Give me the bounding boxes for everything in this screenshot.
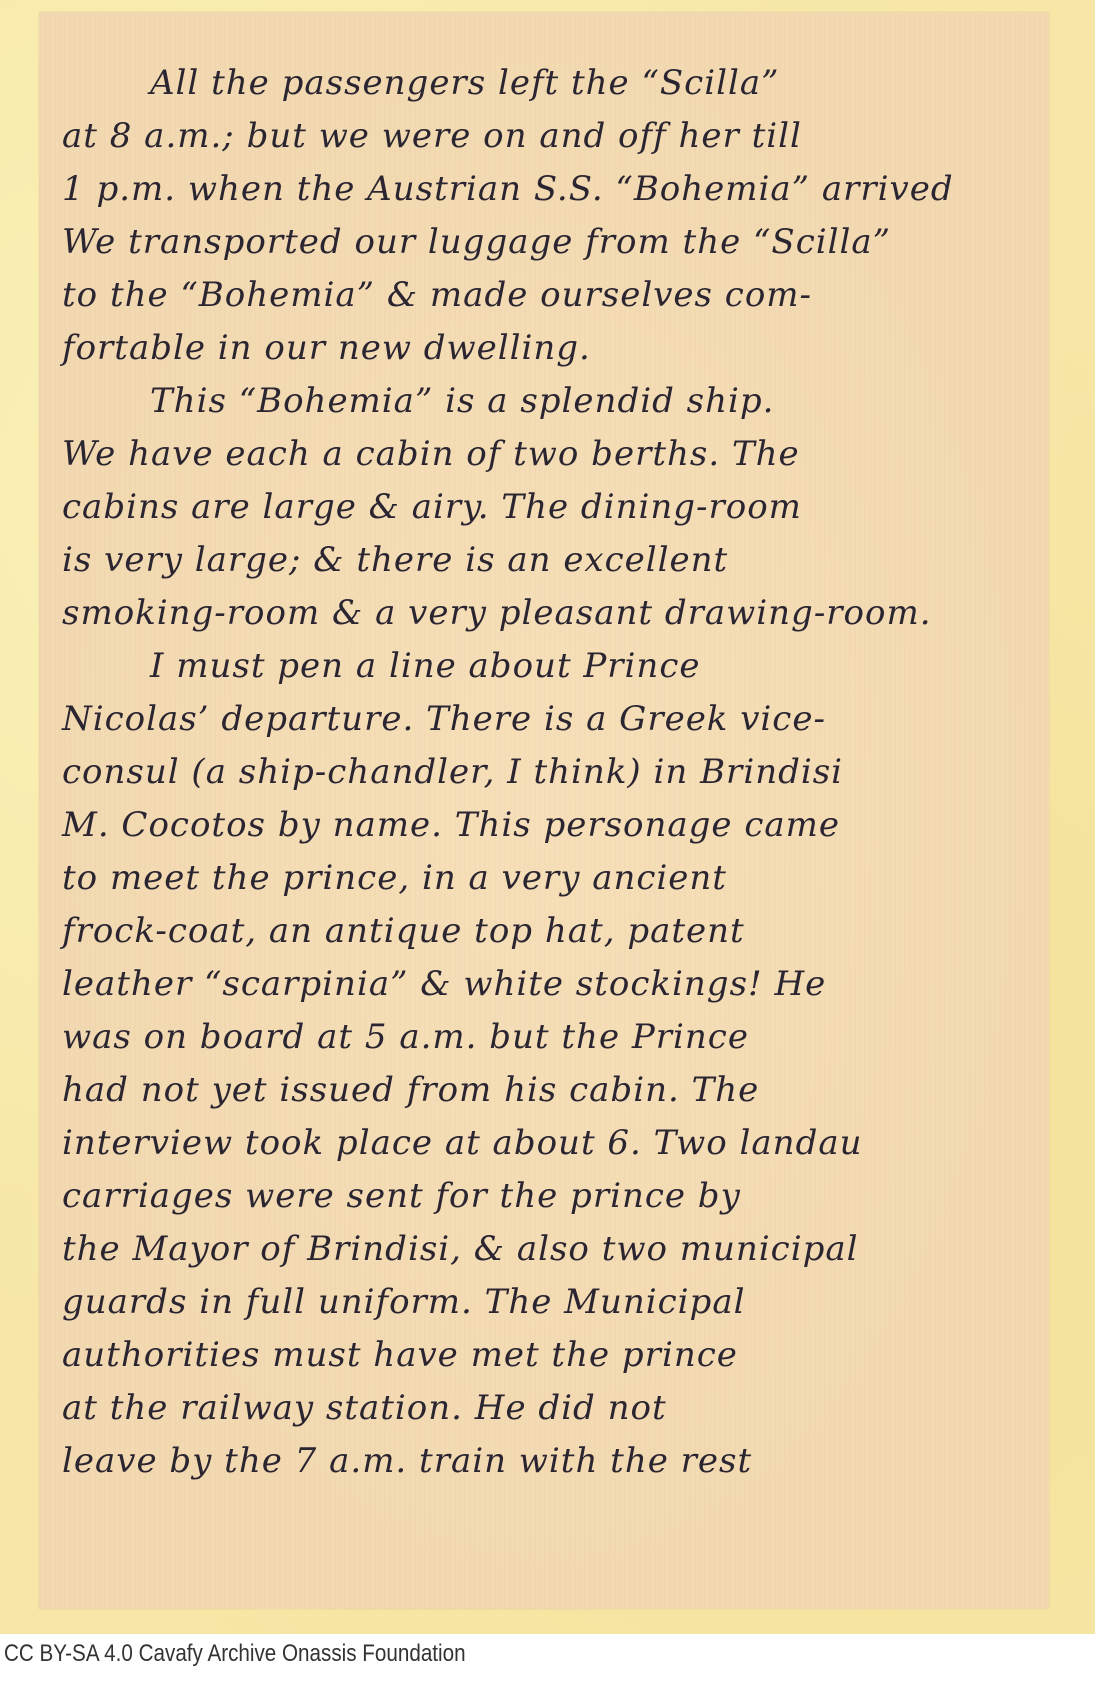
letter-line: M. Cocotos by name. This personage came [62,808,840,842]
letter-line: leave by the 7 a.m. train with the rest [62,1444,752,1478]
letter-line: Nicolas’ departure. There is a Greek vic… [62,702,826,736]
letter-line: I must pen a line about Prince [150,649,700,683]
letter-line: interview took place at about 6. Two lan… [62,1126,863,1160]
letter-line: had not yet issued from his cabin. The [62,1073,759,1107]
letter-line: to the “Bohemia” & made ourselves com- [62,278,812,312]
letter-line: guards in full uniform. The Municipal [62,1285,745,1319]
letter-line: All the passengers left the “Scilla” [150,66,779,100]
letter-line: fortable in our new dwelling. [62,331,591,365]
letter-line: frock-coat, an antique top hat, patent [62,914,745,948]
letter-line: 1 p.m. when the Austrian S.S. “Bohemia” … [62,172,954,206]
letter-line: the Mayor of Brindisi, & also two munici… [62,1232,858,1266]
letter-line: was on board at 5 a.m. but the Prince [62,1020,749,1054]
letter-line: carriages were sent for the prince by [62,1179,741,1213]
letter-line: at 8 a.m.; but we were on and off her ti… [62,119,802,153]
letter-line: We transported our luggage from the “Sci… [62,225,891,259]
letter-line: authorities must have met the prince [62,1338,738,1372]
letter-line: is very large; & there is an excellent [62,543,728,577]
letter-line: cabins are large & airy. The dining-room [62,490,802,524]
letter-line: consul (a ship-chandler, I think) in Bri… [62,755,843,789]
letter-line: leather “scarpinia” & white stockings! H… [62,967,826,1001]
letter-line: We have each a cabin of two berths. The [62,437,800,471]
letter-line: This “Bohemia” is a splendid ship. [150,384,774,418]
license-caption: CC BY-SA 4.0 Cavafy Archive Onassis Foun… [4,1640,466,1668]
letter-line: at the railway station. He did not [62,1391,667,1425]
letter-line: to meet the prince, in a very ancient [62,861,727,895]
letter-line: smoking-room & a very pleasant drawing-r… [62,596,932,630]
